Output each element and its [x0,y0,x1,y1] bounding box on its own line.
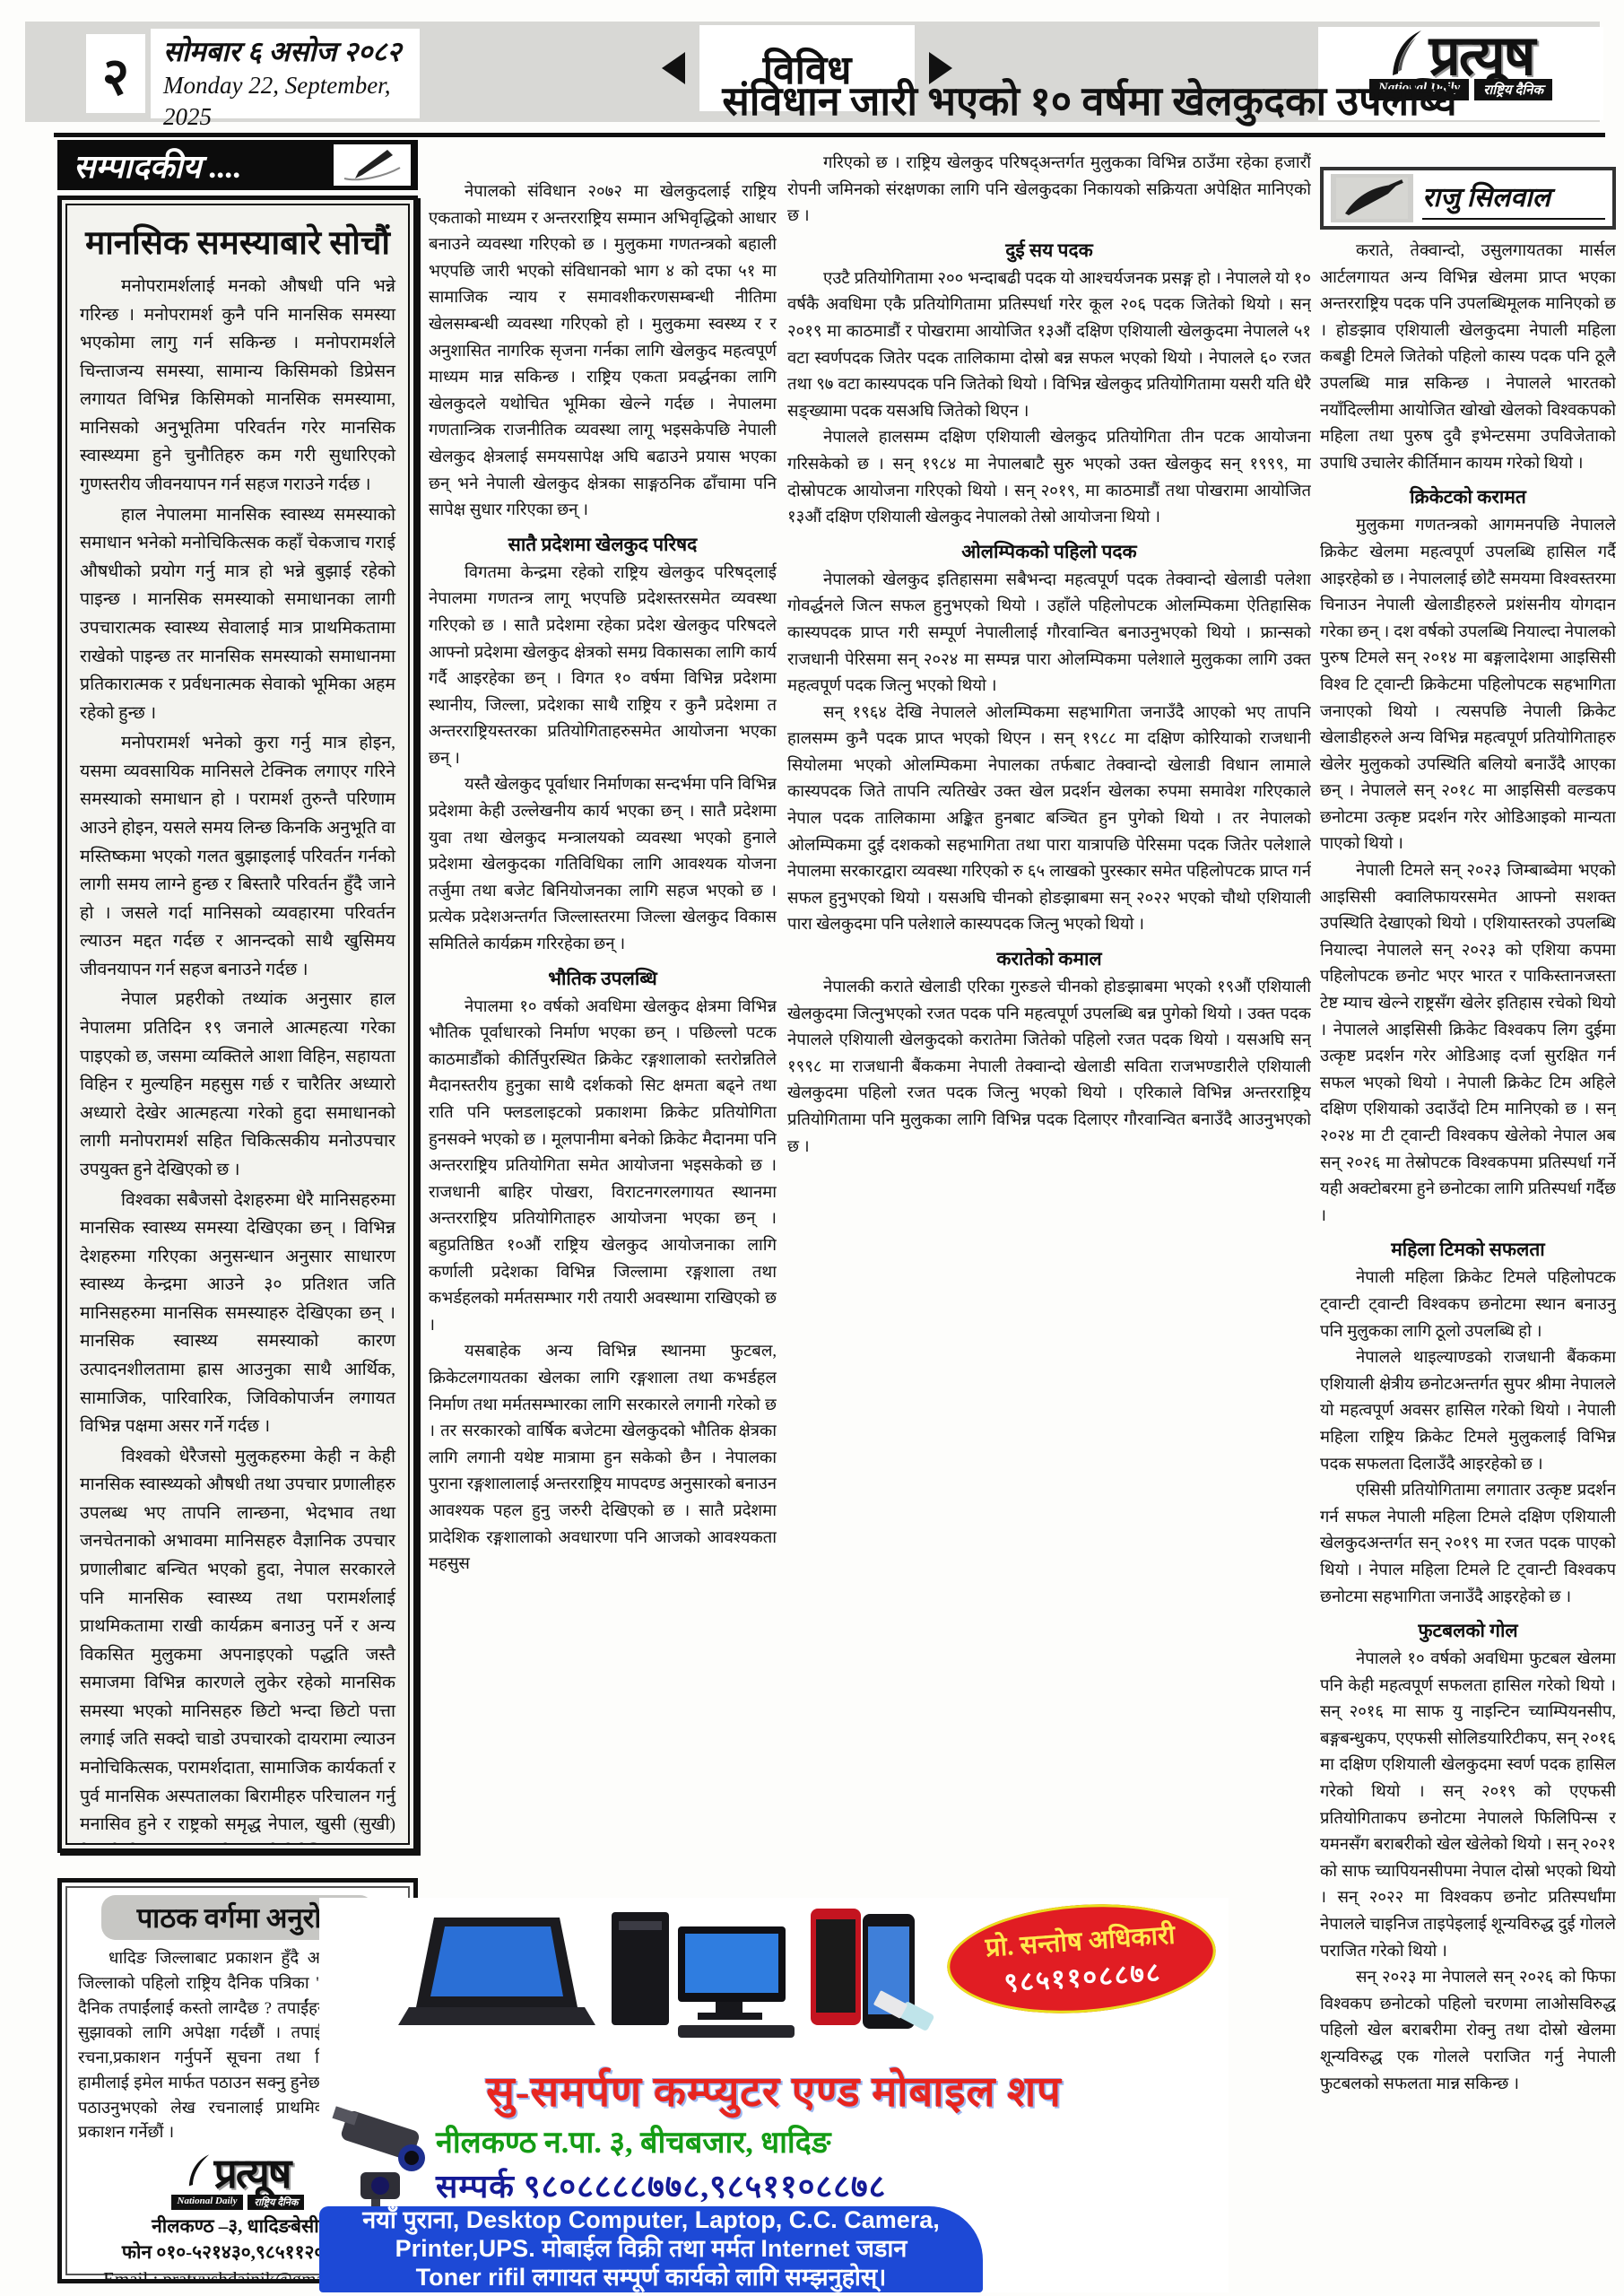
date-box: सोमबार ६ असोज २०८२ Monday 22, September,… [151,29,420,118]
editorial-paragraph: विश्वको धेरैजसो मुलुकहरुमा केही न केही म… [80,1443,395,1845]
article-paragraph: नेपालले हालसम्म दक्षिण एशियाली खेलकुद प्… [787,425,1311,531]
article-byline: राजु सिलवाल [1422,178,1605,220]
article-paragraph: एउटै प्रतियोगितामा २०० भन्दाबढी पदक यो आ… [787,266,1311,426]
editorial-paragraph: हाल नेपालमा मानसिक स्वास्थ्य समस्याको सम… [80,501,395,728]
quill-icon [186,2153,213,2191]
article-headline: संविधान जारी भएको १० वर्षमा खेलकुदका उपल… [574,77,1605,126]
footer-logo-tagline-en: National Daily [171,2195,244,2210]
editorial-paragraph: नेपाल प्रहरीको तथ्यांक अनुसार हाल नेपालम… [80,986,395,1184]
article-paragraph: कराते, तेक्वान्दो, उसुलगायतका मार्सल आर्… [1320,239,1616,477]
article-column-3: राजु सिलवाल कराते, तेक्वान्दो, उसुलगायतक… [1320,167,1616,2287]
article-subhead: भौतिक उपलब्धि [429,966,777,991]
ad-contact-numbers: सम्पर्क ९८०८८८८७७८,९८५११०८८७८ [436,2163,1229,2207]
article-paragraph: यसबाहेक अन्य विभिन्न स्थानमा फुटबल, क्रि… [429,1339,777,1578]
ad-shop-address: नीलकण्ठ न.पा. ३, बीचबजार, धादिङ [436,2120,1229,2161]
editorial-label-bar: सम्पादकीय .... [57,140,418,190]
article-subhead: सातै प्रदेशमा खेलकुद परिषद [429,532,777,557]
quill-icon [1387,29,1427,83]
ad-product-collage [326,1900,936,2061]
article-paragraph: नेपालमा १० वर्षको अवधिमा खेलकुद क्षेत्रम… [429,995,777,1340]
editorial-paragraph: विश्वका सबैजसो देशहरुमा धेरै मानिसहरुमा … [80,1187,395,1441]
article-subhead: महिला टिमको सफलता [1320,1237,1616,1262]
ad-shop-name: सु-समर्पण कम्प्युटर एण्ड मोबाइल शप [319,2061,1229,2118]
laptop-icon [398,1918,595,2025]
article-paragraph: एसिसी प्रतियोगितामा लगातार उत्कृष्ट प्रद… [1320,1478,1616,1611]
masthead-name: प्रत्यूष [1429,29,1533,84]
article-paragraph: यस्तै खेलकुद पूर्वाधार निर्माणका सन्दर्भ… [429,772,777,958]
article-paragraph: मुलुकमा गणतन्त्रको आगमनपछि नेपालले क्रिक… [1320,513,1616,858]
desktop-computer-icon [612,1912,795,2038]
article-subhead: ओलम्पिकको पहिलो पदक [787,539,1311,564]
article-column-2: गरिएको छ । राष्ट्रिय खेलकुद परिषद्अन्तर्… [787,151,1311,1894]
article-paragraph: सन् २०२३ मा नेपालले सन् २०२६ को फिफा विश… [1320,1965,1616,2098]
editorial-title: मानसिक समस्याबारे सोचौं [80,218,395,264]
pen-icon [334,144,411,186]
editorial-paragraph: मनोपरामर्श भनेको कुरा गर्नु मात्र होइन, … [80,729,395,984]
article-paragraph: नेपालले थाइल्याण्डको राजधानी बैंककमा एशि… [1320,1345,1616,1478]
article-paragraph: नेपाली टिमले सन् २०२३ जिम्बाब्वेमा भएको … [1320,858,1616,1230]
editorial-paragraph: मनोपरामर्शलाई मनको औषधी पनि भन्ने गरिन्छ… [80,273,395,500]
newspaper-page: २ सोमबार ६ असोज २०८२ Monday 22, Septembe… [0,0,1624,2296]
byline-box: राजु सिलवाल [1320,167,1616,230]
page-number: २ [86,34,145,113]
article-paragraph: नेपाली महिला क्रिकेट टिमले पहिलोपटक ट्वा… [1320,1265,1616,1345]
ad-proprietor-badge: प्रो. सन्तोष अधिकारी ९८५११०८८७८ [943,1898,1220,2022]
ad-banner-line3: Toner rifil लगायत सम्पूर्ण कार्यको लागि … [416,2264,887,2292]
article-paragraph: नेपालको खेलकुद इतिहासमा सबैभन्दा महत्वपू… [787,568,1311,700]
editorial-box: मानसिक समस्याबारे सोचौं मनोपरामर्शलाई मन… [57,196,418,1853]
editorial-label: सम्पादकीय .... [74,143,242,187]
article-subhead: फुटबलको गोल [1320,1618,1616,1643]
footer-logo-name: प्रत्यूष [214,2153,291,2195]
date-nepali: सोमबार ६ असोज २०८२ [163,34,407,70]
article-paragraph: नेपालले १० वर्षको अवधिमा फुटबल खेलमा पनि… [1320,1647,1616,1965]
computer-shop-ad: प्रो. सन्तोष अधिकारी ९८५११०८८७८ सु-समर्प… [319,1898,1229,2292]
writing-hand-icon [1331,174,1413,222]
article-subhead: करातेको कमाल [787,946,1311,971]
article-paragraph: नेपालको संविधान २०७२ मा खेलकुदलाई राष्ट्… [429,179,777,525]
article-paragraph: गरिएको छ । राष्ट्रिय खेलकुद परिषद्अन्तर्… [787,151,1311,230]
ad-services-banner: नयाँ पुराना, Desktop Computer, Laptop, C… [319,2206,983,2292]
article-subhead: क्रिकेटको करामत [1320,484,1616,509]
article-column-1: नेपालको संविधान २०७२ मा खेलकुदलाई राष्ट्… [429,179,777,1892]
ad-banner-line1: नयाँ पुराना, Desktop Computer, Laptop, C… [362,2206,940,2235]
header-rule [54,133,1605,137]
date-english: Monday 22, September, 2025 [163,70,407,133]
article-paragraph: सन् १९६४ देखि नेपालले ओलम्पिकमा सहभागिता… [787,700,1311,939]
article-paragraph: नेपालकी कराते खेलाडी एरिका गुरुङले चीनको… [787,975,1311,1161]
ad-banner-line2: Printer,UPS. मोबाईल विक्री तथा मर्मत Int… [395,2235,908,2264]
article-paragraph: विगतमा केन्द्रमा रहेको राष्ट्रिय खेलकुद … [429,561,777,773]
article-subhead: दुई सय पदक [787,238,1311,263]
footer-logo-tagline-np: राष्ट्रिय दैनिक [248,2195,304,2210]
